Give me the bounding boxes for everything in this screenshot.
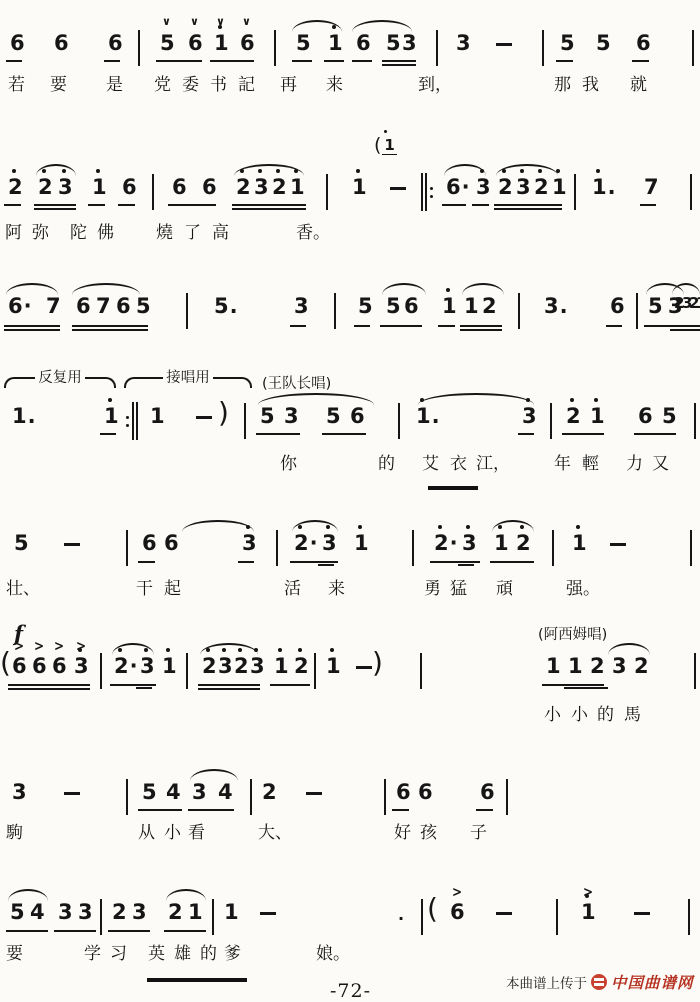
barline [694, 653, 696, 689]
beam-underline [354, 325, 370, 327]
beam-underline [72, 325, 148, 331]
note-digit: 4 [166, 782, 182, 803]
note-digit: 7 [46, 296, 62, 317]
lyric-char: 阿 [5, 224, 22, 244]
annotation-label: (阿西姆唱) [538, 628, 607, 644]
beam-line [110, 684, 156, 686]
note-digit: 3 [58, 902, 74, 923]
lyric-char: 干 [136, 580, 153, 600]
octave-dot [596, 169, 600, 173]
octave-dot [166, 648, 170, 652]
octave-dot [594, 398, 598, 402]
barline [436, 30, 438, 66]
beam-line [4, 325, 60, 327]
beam-underline [188, 809, 234, 811]
note-digit: 2· [294, 533, 319, 554]
parenthesis: ( [427, 895, 438, 923]
note-digit: 3 [58, 177, 74, 198]
note-digit: 6 [450, 902, 466, 923]
bracket-label: 接唱用 [124, 377, 252, 388]
octave-dot [276, 169, 280, 173]
beam-line [494, 208, 562, 210]
lyric-char: 强。 [566, 580, 600, 600]
bracket-hook-right [213, 377, 252, 388]
lyric-char: 的 [200, 945, 217, 965]
octave-dot [438, 525, 442, 529]
lyric-char: 又 [652, 455, 669, 475]
barline [126, 779, 128, 815]
beam-underline [670, 325, 700, 331]
lyric-char: 要 [50, 76, 67, 96]
note-digit: 5 [142, 782, 158, 803]
site-logo-icon [591, 974, 607, 990]
beam-underline [292, 60, 312, 62]
lyric-char: 要 [6, 945, 23, 965]
beam-line [438, 325, 455, 327]
duration-dash [610, 543, 626, 546]
note-digit: 3. [544, 296, 569, 317]
repeat-barline [136, 402, 138, 440]
octave-dot [96, 169, 100, 173]
beam-line [322, 433, 366, 435]
barline [244, 403, 246, 439]
accent-mark: > [34, 639, 44, 653]
beam-line [292, 60, 312, 62]
lyric-char: 佛 [97, 224, 114, 244]
note-digit: 3 [12, 782, 28, 803]
note-digit: 7 [96, 296, 112, 317]
note-digit: 2 [112, 902, 128, 923]
beam-line [270, 684, 310, 686]
note-digit: 2 [38, 177, 54, 198]
lyric-char: 英 [148, 945, 165, 965]
octave-dot [446, 288, 450, 292]
beam-line [352, 60, 372, 62]
beam-line [4, 329, 60, 331]
note-digit: 6 [396, 782, 412, 803]
note-digit: 3 [218, 656, 234, 677]
beam-underline [256, 433, 300, 435]
octave-dot [330, 648, 334, 652]
note-digit: 1 [552, 177, 568, 198]
barline [138, 30, 140, 66]
barline [690, 530, 692, 566]
note-digit: 2 [202, 656, 218, 677]
barline [694, 403, 696, 439]
note-digit: 1 [326, 656, 342, 677]
barline [552, 530, 554, 566]
beam-underline [168, 204, 216, 206]
duration-dash [634, 912, 650, 915]
beam-underline [564, 687, 608, 689]
note-digit: 4 [30, 902, 46, 923]
octave-dot [222, 648, 226, 652]
barline [421, 899, 423, 935]
annotation-label: · [398, 910, 404, 928]
note-digit: 5 [14, 533, 30, 554]
grace-note: (1 [374, 136, 397, 155]
note-digit: 6 [122, 177, 138, 198]
beam-line [382, 60, 416, 62]
note-digit: 2· [114, 656, 139, 677]
beam-line [518, 433, 534, 435]
bracket-hook-left [4, 377, 35, 388]
barline [412, 530, 414, 566]
note-digit: 3 [284, 406, 300, 427]
beam-underline [640, 204, 656, 206]
beam-line [494, 204, 562, 206]
duration-dash [260, 912, 276, 915]
octave-dot [42, 169, 46, 173]
beam-line [72, 325, 148, 327]
barline [250, 779, 252, 815]
note-digit: 3 [192, 782, 208, 803]
note-digit: 4 [218, 782, 234, 803]
octave-dot [556, 169, 560, 173]
beam-underline [324, 60, 344, 62]
note-digit: 2 [498, 177, 514, 198]
note-digit: 6 [32, 656, 48, 677]
note-digit: 2 [534, 177, 550, 198]
beam-line [542, 684, 604, 686]
duration-dash [64, 543, 80, 546]
barline [152, 174, 154, 210]
lyric-char: 了 [184, 224, 201, 244]
lyric-char: 我 [582, 76, 599, 96]
lyric-char: 从 [138, 824, 155, 844]
note-digit: 5 [260, 406, 276, 427]
bracket-hook-right [85, 377, 116, 388]
octave-dot [12, 169, 16, 173]
barline [556, 899, 558, 935]
beam-line [460, 329, 502, 331]
lyric-char: 习 [110, 945, 127, 965]
note-digit: 3 [322, 533, 338, 554]
duration-dash [390, 187, 406, 190]
note-digit: 6 [52, 656, 68, 677]
beam-line [6, 930, 48, 932]
beam-underline [110, 684, 156, 686]
note-digit: 2 [234, 656, 250, 677]
barline [518, 293, 520, 329]
note-digit: 5. [214, 296, 239, 317]
lyric-char: 陀 [70, 224, 87, 244]
beam-line [632, 60, 649, 62]
octave-dot [254, 648, 258, 652]
octave-dot [298, 648, 302, 652]
note-digit: 5 [596, 33, 612, 54]
note-digit: 3 [516, 177, 532, 198]
octave-dot [480, 169, 484, 173]
lyric-char: 活 [284, 580, 301, 600]
beam-line [34, 208, 76, 210]
duration-dash [64, 792, 80, 795]
bracket-label-text: 反复用 [35, 371, 85, 386]
octave-dot [294, 169, 298, 173]
note-digit: 1 [572, 533, 588, 554]
lyric-char: 书 [210, 76, 227, 96]
beam-line [458, 564, 474, 566]
barline [690, 174, 692, 210]
note-digit: 6 [10, 33, 26, 54]
breath-mark: ∨ [242, 16, 251, 27]
note-digit: 5 [160, 33, 176, 54]
beam-underline [490, 561, 534, 563]
beam-underline [270, 684, 310, 686]
beam-line [108, 930, 150, 932]
repeat-barline [132, 402, 134, 440]
beam-underline [290, 561, 338, 563]
note-digit: 1 [354, 533, 370, 554]
beam-line [640, 204, 656, 206]
note-digit: 3 [612, 656, 628, 677]
repeat-dots [430, 187, 433, 198]
barline [314, 653, 316, 689]
beam-line [138, 561, 155, 563]
beam-underline [50, 684, 90, 690]
lyric-char: 雄 [174, 945, 191, 965]
lyric-char: 輕 [582, 455, 599, 475]
lyric-char: 馬 [624, 706, 641, 726]
beam-line [168, 204, 216, 206]
octave-dot [144, 648, 148, 652]
barline [276, 530, 278, 566]
octave-dot [576, 525, 580, 529]
note-digit: 2· [434, 533, 459, 554]
octave-dot [520, 169, 524, 173]
beam-underline [8, 684, 50, 690]
octave-dot [240, 169, 244, 173]
beam-underline [54, 930, 96, 932]
lyric-char: 党 [154, 76, 171, 96]
beam-underline [382, 60, 416, 66]
lyric-char: 小 [571, 706, 588, 726]
beam-line [476, 809, 493, 811]
note-digit: 1 [328, 33, 344, 54]
beam-line [4, 204, 21, 206]
note-digit: 2 [8, 177, 24, 198]
note-digit: 7 [644, 177, 660, 198]
lyric-char: 香。 [296, 224, 330, 244]
beam-underline [472, 204, 489, 206]
octave-dot [498, 525, 502, 529]
octave-dot [466, 525, 470, 529]
octave-dot [420, 398, 424, 402]
beam-underline [476, 809, 493, 811]
beam-underline [632, 60, 649, 62]
barline [636, 293, 638, 329]
octave-dot [118, 648, 122, 652]
beam-underline [108, 930, 150, 932]
note-digit: 6· [8, 296, 33, 317]
barline [574, 174, 576, 210]
note-digit: 6 [240, 33, 256, 54]
beam-line [232, 204, 306, 206]
repeat-dots [126, 416, 129, 427]
parenthesis: ) [372, 649, 383, 677]
note-digit: 5 [296, 33, 312, 54]
lyric-char: 娘。 [316, 945, 350, 965]
octave-dot [238, 648, 242, 652]
barline [542, 30, 544, 66]
lyric-char: 那 [554, 76, 571, 96]
note-digit: 5 [662, 406, 678, 427]
lyric-char: 孩 [420, 824, 437, 844]
note-digit: 6 [142, 533, 158, 554]
beam-underline [164, 930, 206, 932]
beam-underline [542, 684, 604, 686]
beam-line [50, 688, 90, 690]
lyric-char: 来 [326, 76, 343, 96]
lyric-char: 猛 [450, 580, 467, 600]
octave-dot [526, 398, 530, 402]
beam-underline [352, 60, 372, 62]
note-digit: 1 [274, 656, 290, 677]
beam-line [6, 60, 22, 62]
octave-dot [298, 525, 302, 529]
beam-line [8, 684, 50, 686]
octave-dot [108, 398, 112, 402]
note-digit: 6 [636, 33, 652, 54]
note-digit: 2 [262, 782, 278, 803]
note-digit: 3 [462, 533, 478, 554]
emphasis-line [428, 486, 478, 490]
note-digit: 6 [202, 177, 218, 198]
note-digit: 1 [352, 177, 368, 198]
beam-underline [392, 809, 409, 811]
note-digit: 1 [464, 296, 480, 317]
barline [186, 293, 188, 329]
note-digit: 6 [350, 406, 366, 427]
sheet-music-page: 666∨∨∨∨5616516533556若要是党委书記再来到，那我就(12231… [0, 0, 700, 1002]
note-digit: 3 [242, 533, 258, 554]
lyric-char: 弥 [32, 224, 49, 244]
beam-line [324, 60, 344, 62]
beam-underline [4, 325, 60, 331]
repeat-dot [126, 424, 129, 427]
beam-underline [380, 325, 422, 327]
beam-underline [458, 564, 474, 566]
octave-dot [206, 648, 210, 652]
beam-underline [556, 60, 573, 62]
lyric-char: 到， [418, 76, 452, 96]
lyric-char: 頑 [496, 580, 513, 600]
beam-line [100, 433, 116, 435]
beam-line [382, 64, 416, 66]
lyric-char: 就 [630, 76, 647, 96]
note-digit: 1 [568, 656, 584, 677]
beam-line [380, 325, 422, 327]
lyric-char: 勇 [424, 580, 441, 600]
note-digit: 2 [566, 406, 582, 427]
beam-underline [460, 325, 502, 331]
note-digit: 6 [164, 533, 180, 554]
beam-line [50, 684, 90, 686]
beam-line [198, 688, 260, 690]
note-digit: 6 [12, 656, 28, 677]
beam-underline [156, 60, 202, 62]
grace-paren: ( [374, 136, 381, 155]
beam-line [556, 60, 573, 62]
duration-dash [496, 43, 512, 46]
beam-line [54, 930, 96, 932]
lyric-char: 燒 [156, 224, 173, 244]
note-digit: 1 [290, 177, 306, 198]
note-digit: 5 [648, 296, 664, 317]
note-digit: 6 [356, 33, 372, 54]
lyric-char: 壮、 [6, 580, 40, 600]
beam-line [460, 325, 502, 327]
beam-line [392, 809, 409, 811]
note-digit: 3 [522, 406, 538, 427]
lyric-char: 大、 [258, 824, 292, 844]
note-digit: 2 [236, 177, 252, 198]
octave-dot [356, 169, 360, 173]
note-digit: 1 [104, 406, 120, 427]
accent-mark: > [54, 639, 64, 653]
beam-line [354, 325, 370, 327]
beam-underline [100, 433, 116, 435]
octave-dot [258, 169, 262, 173]
lyric-char: 駒 [6, 824, 23, 844]
note-digit: 1 [494, 533, 510, 554]
note-digit: 1 [188, 902, 204, 923]
duration-dash [306, 792, 322, 795]
lyric-char: 来 [328, 580, 345, 600]
lyric-char: 的 [378, 455, 395, 475]
note-digit: 1 [162, 656, 178, 677]
barline [100, 899, 102, 935]
lyric-char: 小 [544, 706, 561, 726]
note-digit: 1 [214, 33, 230, 54]
note-digit: 1 [224, 902, 240, 923]
lyric-char: 委 [182, 76, 199, 96]
note-digit: 6 [188, 33, 204, 54]
note-digit: 1 [590, 406, 606, 427]
lyric-char: 江， [476, 455, 510, 475]
beam-line [136, 687, 152, 689]
beam-underline [562, 433, 604, 435]
note-digit: 5 [386, 33, 402, 54]
breath-mark: ∨ [162, 16, 171, 27]
note-digit: 5 [10, 902, 26, 923]
beam-underline [518, 433, 534, 435]
note-digit: 3 [132, 902, 148, 923]
note-digit: 6 [76, 296, 92, 317]
beam-line [670, 329, 700, 331]
barline [274, 30, 276, 66]
barline [692, 30, 694, 66]
beam-underline [118, 204, 135, 206]
barline [100, 653, 102, 689]
barline [688, 899, 690, 935]
repeat-end-sign [124, 402, 139, 440]
octave-dot [570, 398, 574, 402]
note-digit: 3 [476, 177, 492, 198]
octave-dot [585, 894, 589, 898]
watermark: 本曲谱上传于 中国曲谱网 [506, 971, 694, 993]
lyric-char: 力 [626, 455, 643, 475]
octave-dot [502, 169, 506, 173]
note-digit: 6 [116, 296, 132, 317]
beam-line [34, 204, 76, 206]
note-digit: 6 [480, 782, 496, 803]
beam-line [118, 204, 135, 206]
watermark-text: 本曲谱上传于 [506, 972, 587, 992]
note-digit: 6 [172, 177, 188, 198]
note-digit: 5 [560, 33, 576, 54]
octave-dot [78, 648, 82, 652]
